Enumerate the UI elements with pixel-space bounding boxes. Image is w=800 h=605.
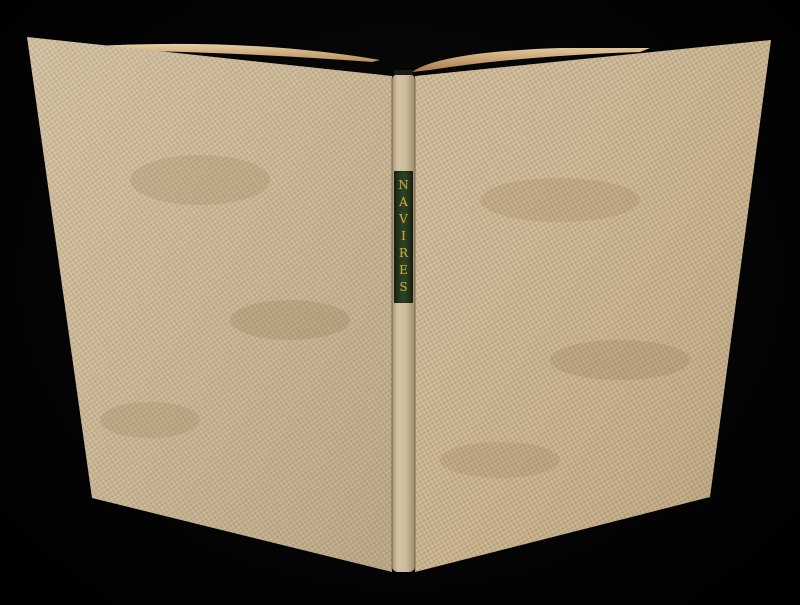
spine-letter: V [399, 213, 408, 227]
spine-letter: A [399, 196, 408, 210]
spine-letter: S [399, 281, 407, 295]
spine-letter: I [401, 230, 406, 244]
spine-title-label: N A V I R E S [394, 171, 413, 303]
spine [392, 74, 415, 572]
spine-title-text: N A V I R E S [398, 179, 409, 295]
spine-letter: N [398, 179, 409, 193]
spine-letter: E [399, 264, 408, 278]
photo-background: N A V I R E S NAVIRES [0, 0, 800, 605]
spine-letter: R [399, 247, 408, 261]
